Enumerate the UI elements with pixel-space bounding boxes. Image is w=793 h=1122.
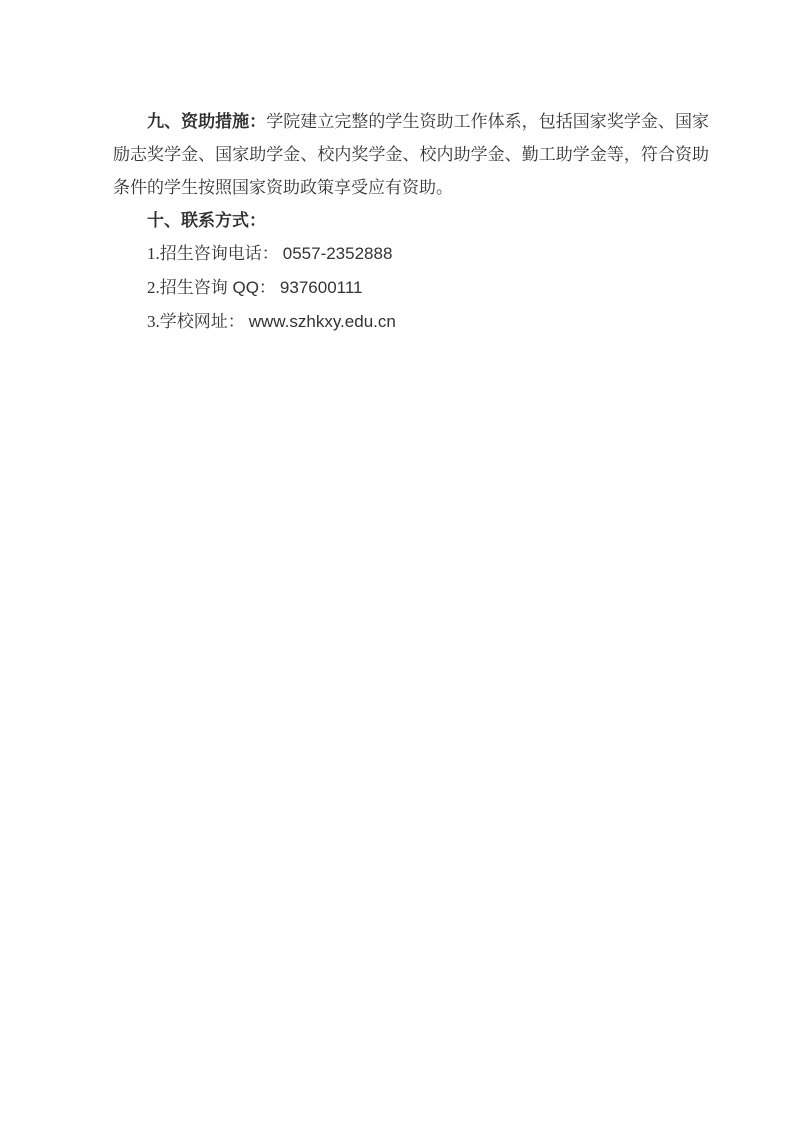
contact-item-website: 3.学校网址：www.szhkxy.edu.cn [113,305,709,339]
funding-paragraph-line1: 九、资助措施：学院建立完整的学生资助工作体系，包括国家奖学金、国家 [113,105,709,138]
contact-item-qq-value: 937600111 [276,278,363,297]
contact-item-qq-label-latin: QQ [228,278,259,297]
funding-paragraph-line2: 励志奖学金、国家助学金、校内奖学金、校内助学金、勤工助学金等，符合资助 [113,138,709,171]
section10-heading: 十、联系方式： [113,204,709,237]
document-page: 九、资助措施：学院建立完整的学生资助工作体系，包括国家奖学金、国家 励志奖学金、… [0,0,793,1122]
contact-item-phone-label: 1.招生咨询电话 [147,244,262,263]
document-content: 九、资助措施：学院建立完整的学生资助工作体系，包括国家奖学金、国家 励志奖学金、… [113,105,709,339]
funding-paragraph-line3: 条件的学生按照国家资助政策享受应有资助。 [113,171,709,204]
contact-item-website-colon: ： [228,312,245,331]
contact-item-qq-label: 2.招生咨询 [147,278,228,297]
section9-body-line1: 学院建立完整的学生资助工作体系，包括国家奖学金、国家 [266,112,709,131]
contact-item-website-label: 3.学校网址 [147,312,228,331]
contact-item-phone-value: 0557-2352888 [279,244,393,263]
contact-item-website-value: www.szhkxy.edu.cn [245,312,396,331]
contact-item-qq: 2.招生咨询 QQ：937600111 [113,271,709,305]
contact-item-phone: 1.招生咨询电话：0557-2352888 [113,237,709,271]
section9-heading: 九、资助措施： [147,112,266,131]
contact-item-phone-colon: ： [262,244,279,263]
contact-item-qq-colon: ： [259,278,276,297]
